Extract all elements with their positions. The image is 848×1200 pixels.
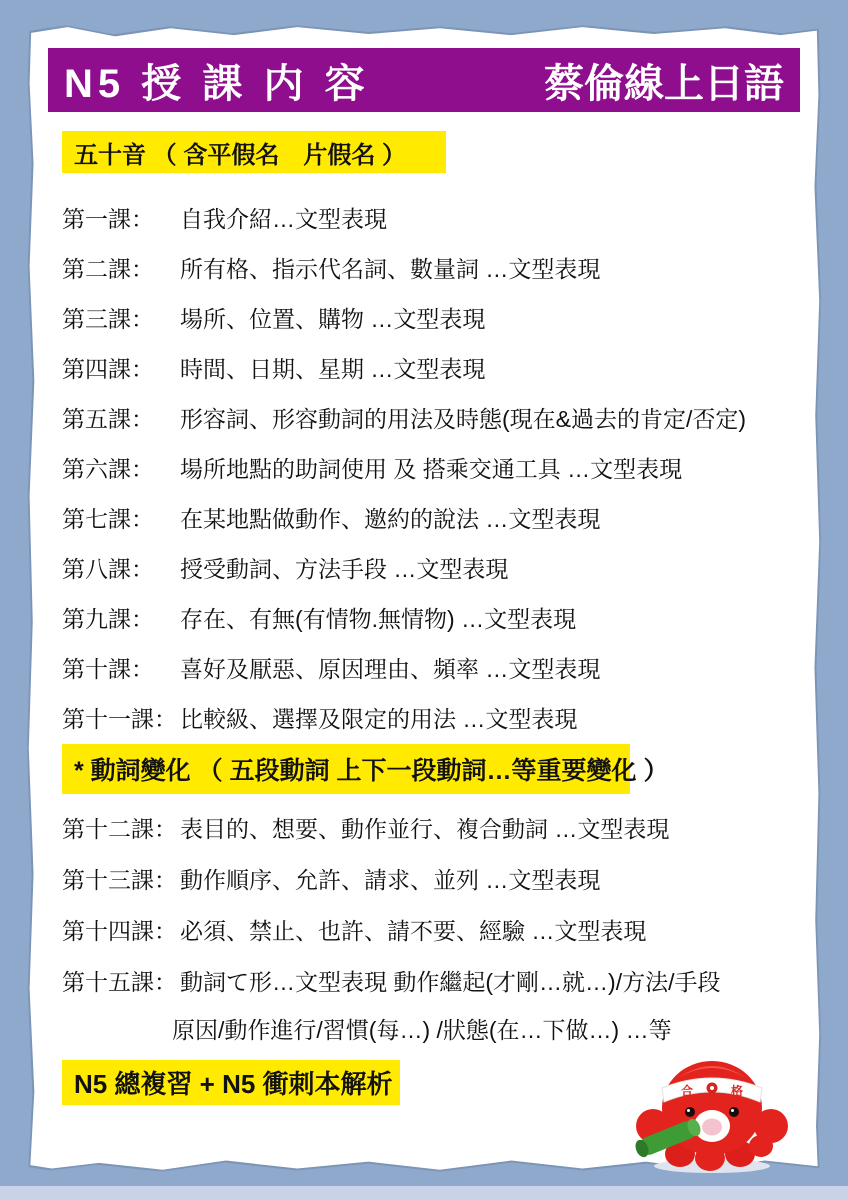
lesson-label: 第六課： xyxy=(62,451,180,484)
lesson-label: 第十一課： xyxy=(62,701,180,734)
course-title: N5 授 課 内 容 xyxy=(64,52,370,109)
lesson-label: 第十五課： xyxy=(62,964,180,997)
lesson-text: 動作順序、允許、請求、並列 …文型表現 xyxy=(180,862,600,895)
lesson-text: 必須、禁止、也許、請不要、經驗 …文型表現 xyxy=(180,913,646,946)
lesson-row: 第九課： 存在、有無(有情物.無情物) …文型表現 xyxy=(62,592,782,642)
lesson-row: 第十二課： 表目的、想要、動作並行、複合動詞 …文型表現 xyxy=(62,802,782,853)
octopus-eye-right-highlight xyxy=(731,1109,734,1112)
lesson-row: 第十課： 喜好及厭惡、原因理由、頻率 …文型表現 xyxy=(62,642,782,692)
lesson-list-1: 第一課： 自我介紹…文型表現 第二課： 所有格、指示代名詞、數量詞 …文型表現 … xyxy=(62,192,782,742)
lesson-text: 授受動詞、方法手段 …文型表現 xyxy=(180,551,508,584)
lesson-row: 第十四課： 必須、禁止、也許、請不要、經驗 …文型表現 xyxy=(62,904,782,955)
lesson-text: 在某地點做動作、邀約的說法 …文型表現 xyxy=(180,501,600,534)
lesson-text: 自我介紹…文型表現 xyxy=(180,201,387,234)
lesson-label: 第十四課： xyxy=(62,913,180,946)
lesson-text: 場所、位置、購物 …文型表現 xyxy=(180,301,485,334)
lesson-label: 第十二課： xyxy=(62,811,180,844)
octopus-eye-left xyxy=(685,1107,695,1117)
lesson-row: 第一課： 自我介紹…文型表現 xyxy=(62,192,782,242)
lesson-text: 時間、日期、星期 …文型表現 xyxy=(180,351,485,384)
intro-highlight-text: 五十音 （ 含平假名 片假名 ） xyxy=(74,135,406,170)
lesson-label: 第四課： xyxy=(62,351,180,384)
verb-change-highlight: * 動詞變化 （ 五段動詞 上下一段動詞…等重要變化 ） xyxy=(62,744,630,794)
lesson-label: 第十三課： xyxy=(62,862,180,895)
octopus-eye-right xyxy=(729,1107,739,1117)
lesson-label: 第十課： xyxy=(62,651,180,684)
lesson-row: 第二課： 所有格、指示代名詞、數量詞 …文型表現 xyxy=(62,242,782,292)
lesson-text: 比較級、選擇及限定的用法 …文型表現 xyxy=(180,701,577,734)
headband-text-left: 合 xyxy=(681,1083,693,1098)
lesson-row: 第十三課： 動作順序、允許、請求、並列 …文型表現 xyxy=(62,853,782,904)
footer-highlight: N5 總複習 + N5 衝刺本解析 xyxy=(62,1060,400,1105)
lesson-row: 第三課： 場所、位置、購物 …文型表現 xyxy=(62,292,782,342)
octopus-mouth xyxy=(702,1119,722,1136)
lesson-text: 喜好及厭惡、原因理由、頻率 …文型表現 xyxy=(180,651,600,684)
lesson-text: 所有格、指示代名詞、數量詞 …文型表現 xyxy=(180,251,600,284)
lesson-row: 第六課： 場所地點的助詞使用 及 搭乘交通工具 …文型表現 xyxy=(62,442,782,492)
lesson-row: 第八課： 授受動詞、方法手段 …文型表現 xyxy=(62,542,782,592)
verb-change-highlight-text: * 動詞變化 （ 五段動詞 上下一段動詞…等重要變化 ） xyxy=(74,751,668,787)
octopus-eye-left-highlight xyxy=(687,1109,690,1112)
lesson-label: 第五課： xyxy=(62,401,180,434)
headband-emblem-center xyxy=(710,1086,714,1090)
bottom-border-strip xyxy=(0,1186,848,1200)
lesson-label: 第三課： xyxy=(62,301,180,334)
poster-page: N5 授 課 内 容 蔡倫線上日語 五十音 （ 含平假名 片假名 ） 第一課： … xyxy=(0,0,848,1200)
headband-text-right: 格 xyxy=(731,1083,743,1098)
lesson-text: 形容詞、形容動詞的用法及時態(現在&過去的肯定/否定) xyxy=(180,401,746,434)
lesson-row: 第七課： 在某地點做動作、邀約的說法 …文型表現 xyxy=(62,492,782,542)
footer-highlight-text: N5 總複習 + N5 衝刺本解析 xyxy=(74,1064,393,1101)
lesson-text: 原因/動作進行/習慣(每…) /狀態(在…下做…) …等 xyxy=(172,1012,672,1045)
lesson-row: 第十一課： 比較級、選擇及限定的用法 …文型表現 xyxy=(62,692,782,742)
lesson15-continuation: 原因/動作進行/習慣(每…) /狀態(在…下做…) …等 xyxy=(172,1003,672,1053)
lesson-label: 第九課： xyxy=(62,601,180,634)
lesson-text: 表目的、想要、動作並行、複合動詞 …文型表現 xyxy=(180,811,669,844)
lesson-text: 存在、有無(有情物.無情物) …文型表現 xyxy=(180,601,576,634)
lesson-row: 第五課： 形容詞、形容動詞的用法及時態(現在&過去的肯定/否定) xyxy=(62,392,782,442)
lesson-label: 第二課： xyxy=(62,251,180,284)
octopus-tentacle xyxy=(749,1135,773,1157)
lucky-octopus-mascot: 合 格 xyxy=(630,1044,794,1176)
lesson-text: 動詞て形…文型表現 動作繼起(才剛…就…)/方法/手段 xyxy=(180,964,721,997)
lesson-row: 第四課： 時間、日期、星期 …文型表現 xyxy=(62,342,782,392)
lesson-label: 第八課： xyxy=(62,551,180,584)
brand-title: 蔡倫線上日語 xyxy=(544,52,784,109)
lesson-text: 場所地點的助詞使用 及 搭乘交通工具 …文型表現 xyxy=(180,451,682,484)
intro-highlight: 五十音 （ 含平假名 片假名 ） xyxy=(62,131,446,173)
title-banner: N5 授 課 内 容 蔡倫線上日語 xyxy=(48,48,800,112)
lesson-row: 第十五課： 動詞て形…文型表現 動作繼起(才剛…就…)/方法/手段 xyxy=(62,955,782,1006)
lesson-label: 第一課： xyxy=(62,201,180,234)
lesson-list-2: 第十二課： 表目的、想要、動作並行、複合動詞 …文型表現 第十三課： 動作順序、… xyxy=(62,802,782,1006)
lesson-label: 第七課： xyxy=(62,501,180,534)
